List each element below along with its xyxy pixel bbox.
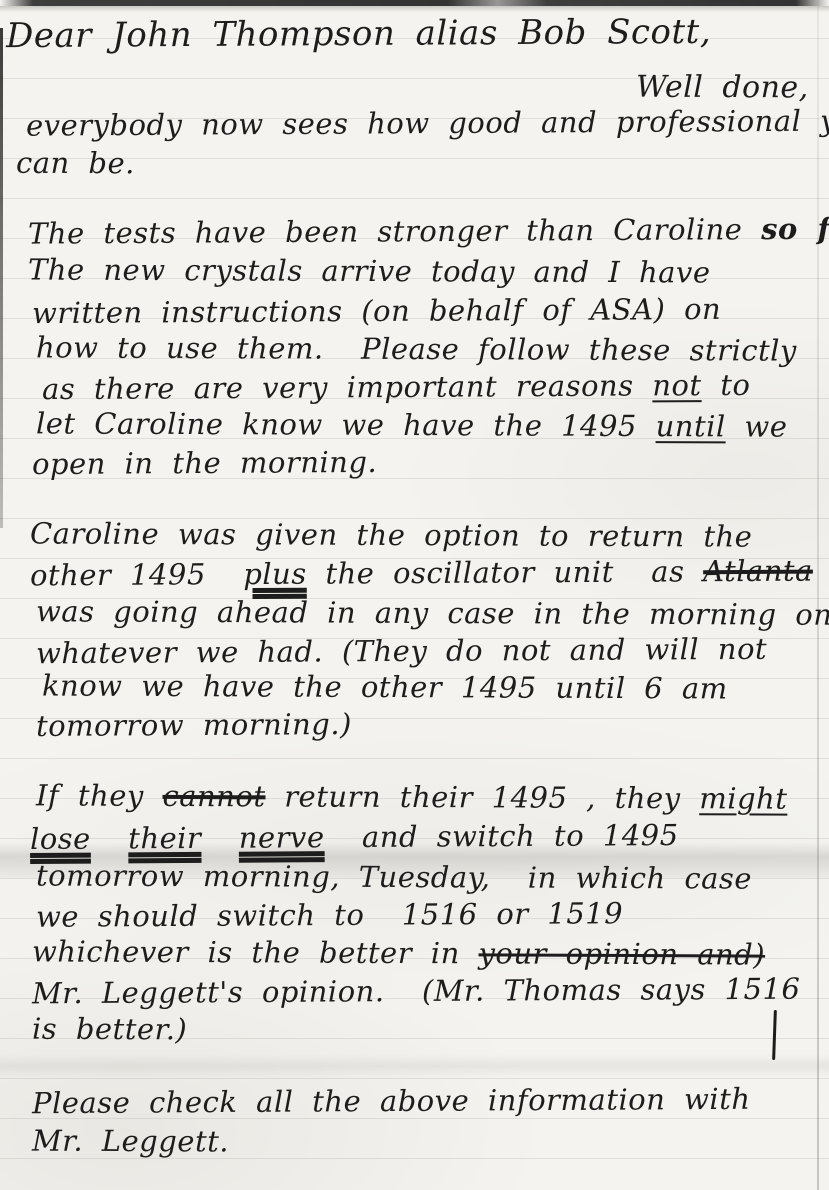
handwritten-text: whichever is the better in xyxy=(32,934,479,970)
handwritten-line: Mr. Leggett. xyxy=(32,1124,229,1159)
handwritten-line: written instructions (on behalf of ASA) … xyxy=(32,292,721,330)
handwritten-text: as there are very important reasons xyxy=(42,368,652,406)
handwritten-line: as there are very important reasons not … xyxy=(42,368,751,406)
handwritten-line: Please check all the above information w… xyxy=(32,1082,751,1120)
paper-fold-crease-light xyxy=(0,1054,829,1078)
handwritten-line: If they cannot return their 1495 , they … xyxy=(36,778,788,815)
handwritten-text: lose xyxy=(30,822,91,856)
handwritten-line: The tests have been stronger than Caroli… xyxy=(28,211,829,250)
handwritten-line: lose their nerve and switch to 1495 xyxy=(30,818,679,856)
handwritten-line: can be. xyxy=(16,146,135,181)
scan-edge-left xyxy=(0,28,3,528)
handwritten-line: how to use them. Please follow these str… xyxy=(36,330,797,367)
handwritten-line: Caroline was given the option to return … xyxy=(30,516,753,553)
handwritten-text: Please check all the above information w… xyxy=(32,1082,751,1120)
handwritten-text: everybody now sees how good and professi… xyxy=(26,103,829,142)
handwritten-text: let Caroline know we have the 1495 xyxy=(36,406,656,443)
handwritten-text: we should switch to 1516 or 1519 xyxy=(36,896,623,934)
handwritten-text: tomorrow morning.) xyxy=(36,707,352,743)
handwritten-text: other 1495 xyxy=(30,557,243,592)
handwritten-text: know we have the other 1495 until 6 am xyxy=(42,669,728,706)
handwritten-text: not xyxy=(652,368,702,402)
handwritten-text: their xyxy=(128,821,201,855)
handwritten-line: we should switch to 1516 or 1519 xyxy=(36,896,623,934)
handwritten-line: open in the morning. xyxy=(32,445,377,481)
handwritten-line: whichever is the better in your opinion … xyxy=(32,934,765,971)
handwritten-text: the oscillator unit as xyxy=(307,554,704,590)
handwritten-text: Caroline was given the option to return … xyxy=(30,516,753,553)
handwritten-text: your opinion and) xyxy=(478,936,765,971)
handwritten-text: Dear John Thompson alias Bob Scott, xyxy=(6,12,711,56)
handwritten-text: we xyxy=(726,409,788,443)
handwritten-line: whatever we had. (They do not and will n… xyxy=(36,632,767,670)
handwritten-line: let Caroline know we have the 1495 until… xyxy=(36,406,788,443)
handwritten-line: know we have the other 1495 until 6 am xyxy=(42,669,728,706)
handwritten-text: how to use them. Please follow these str… xyxy=(36,330,797,367)
handwritten-text: Mr. Leggett. xyxy=(32,1124,229,1159)
handwritten-text: written instructions (on behalf of ASA) … xyxy=(32,292,721,330)
handwritten-text: The new crystals arrive today and I have xyxy=(28,253,711,290)
handwritten-line: The new crystals arrive today and I have xyxy=(28,253,711,290)
handwritten-line: Mr. Leggett's opinion. (Mr. Thomas says … xyxy=(32,972,801,1011)
handwritten-line: everybody now sees how good and professi… xyxy=(26,103,829,142)
handwritten-text: cannot xyxy=(162,779,265,813)
handwritten-text: The tests have been stronger than Caroli… xyxy=(28,212,761,250)
handwritten-text: whatever we had. (They do not and will n… xyxy=(36,632,767,670)
handwritten-text xyxy=(201,821,239,855)
handwritten-line: other 1495 plus the oscillator unit as A… xyxy=(30,554,813,593)
handwritten-text: might xyxy=(699,781,787,815)
handwritten-text: was going ahead in any case in the morni… xyxy=(36,594,829,631)
handwritten-text: return their 1495 , they xyxy=(265,779,699,815)
handwritten-text: Atlanta xyxy=(703,554,813,589)
handwritten-text: open in the morning. xyxy=(32,445,377,481)
paper-fold-line-right xyxy=(817,0,819,1190)
handwritten-text: and switch to 1495 xyxy=(324,818,678,854)
handwritten-text: until xyxy=(656,409,726,443)
handwritten-text xyxy=(91,821,129,855)
letter-page: Dear John Thompson alias Bob Scott,Well … xyxy=(0,0,829,1190)
handwritten-line: Well done, xyxy=(636,70,809,106)
handwritten-text: If they xyxy=(36,778,163,813)
handwritten-text: is better.) xyxy=(32,1012,187,1047)
handwritten-text: can be. xyxy=(16,146,135,181)
stray-pen-mark xyxy=(772,1010,777,1060)
handwritten-text: so far. xyxy=(761,211,829,246)
handwritten-text: nerve xyxy=(239,820,325,855)
handwritten-line: is better.) xyxy=(32,1012,187,1047)
handwritten-text: plus xyxy=(243,557,307,591)
handwritten-text: Well done, xyxy=(636,70,809,106)
handwritten-line: was going ahead in any case in the morni… xyxy=(36,594,829,631)
handwritten-text: to xyxy=(701,368,750,402)
handwritten-line: Dear John Thompson alias Bob Scott, xyxy=(6,12,711,56)
handwritten-text: Mr. Leggett's opinion. (Mr. Thomas says … xyxy=(32,972,801,1011)
handwritten-line: tomorrow morning.) xyxy=(36,707,352,743)
handwritten-text: tomorrow morning, Tuesday, in which case xyxy=(36,858,752,895)
handwritten-line: tomorrow morning, Tuesday, in which case xyxy=(36,858,752,895)
